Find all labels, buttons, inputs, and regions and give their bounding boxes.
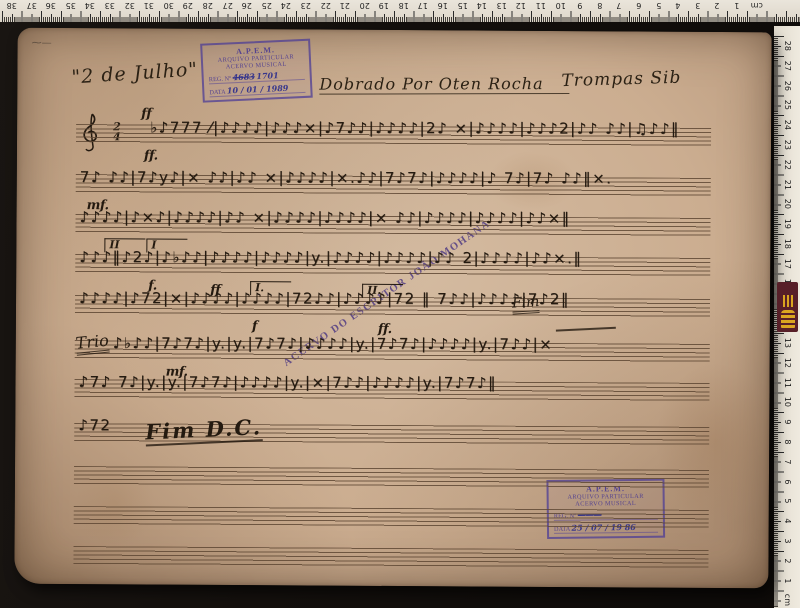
notation-marking: f (252, 319, 257, 334)
music-staff: ♪7♪ 7♪|y.|y.|7♪7♪|♪♪♪♪|y.|×|7♪♪|♪♪♪♪|y.|… (74, 379, 709, 400)
notation-marking: mf. (87, 198, 109, 213)
stamp-line: ACERVO MUSICAL (554, 500, 658, 508)
top-ruler-number: 8 (590, 0, 610, 10)
pencil-mark: ⁓— (32, 38, 52, 49)
handwritten-notes: ♭♪777 ⁄|♪♪♪♪|♪♪♪×|♪7♪♪|♪♪♪♪|2♪ ×|♪♪♪♪|♪♪… (150, 118, 680, 137)
top-ruler-number: 30 (159, 0, 179, 10)
music-staff: ♪♪♪‖♪2♪|♪♭♪♪|♪♪♪♪|♪♪♪♪|y.|♪♪♪♪|♪♪♪♪|♪♪ 2… (75, 254, 710, 275)
notation-marking: Trio (75, 331, 110, 356)
music-staff (73, 546, 708, 567)
top-ruler-number: 22 (316, 0, 336, 10)
stamp-date-row: DATA 10 / 01 / 1989 (209, 82, 305, 97)
top-ruler-number: 38 (2, 0, 22, 10)
sticker-building-icon (781, 310, 795, 328)
manuscript-page: ⁓— "2 de Julho" Dobrado Por Oten Rocha T… (14, 28, 771, 589)
notation-marking: ff. (144, 148, 158, 163)
top-ruler-number: 33 (100, 0, 120, 10)
top-ruler-number: 11 (531, 0, 551, 10)
notation-marking: Fim D.C. (145, 414, 263, 446)
top-ruler-number: 13 (492, 0, 512, 10)
top-ruler-number: 24 (276, 0, 296, 10)
top-ruler-number: 34 (80, 0, 100, 10)
archive-sticker (777, 282, 798, 332)
music-staff: ♪♪♪♪|♪72|×|♪♪♪♪|♪♪♪♪|72♪♪|♪♪♪♪|72 ‖ 7♪♪|… (75, 295, 710, 316)
photo-scene: 38 37 36 35 34 33 32 31 30 29 28 27 26 2… (0, 0, 800, 608)
top-ruler-number: 12 (511, 0, 531, 10)
notation-marking: ff (210, 283, 220, 298)
music-staff: ♭♪777 ⁄|♪♪♪♪|♪♪♪×|♪7♪♪|♪♪♪♪|2♪ ×|♪♪♪♪|♪♪… (76, 124, 711, 145)
top-ruler: 38 37 36 35 34 33 32 31 30 29 28 27 26 2… (0, 0, 800, 22)
top-ruler-number: 3 (688, 0, 708, 10)
notation-marking: ff (141, 106, 151, 121)
top-ruler-number: 29 (178, 0, 198, 10)
reg-struck: 4683 (232, 71, 255, 82)
right-ruler-number: cm (777, 587, 797, 608)
top-ruler-number: 35 (61, 0, 81, 10)
top-ruler-number: 15 (453, 0, 473, 10)
notation-marking: f. (148, 279, 157, 294)
genre-composer-title: Dobrado Por Oten Rocha (319, 74, 569, 95)
top-ruler-number: 7 (609, 0, 629, 10)
top-ruler-number: cm (747, 0, 767, 10)
handwritten-notes: ♪7♪ 7♪|y.|y.|7♪7♪|♪♪♪♪|y.|×|7♪♪|♪♪♪♪|y.|… (79, 373, 497, 392)
top-ruler-number: 9 (570, 0, 590, 10)
date-value: 10 / 01 / 1989 (227, 83, 289, 96)
top-ruler-number: 21 (335, 0, 355, 10)
reg-label: REG. Nº (209, 75, 232, 83)
top-ruler-number: 19 (374, 0, 394, 10)
reg-value: 1701 (256, 70, 279, 81)
top-ruler-number: 1 (727, 0, 747, 10)
top-ruler-number: 14 (472, 0, 492, 10)
notation-marking: II (104, 238, 145, 252)
top-ruler-number: 10 (551, 0, 571, 10)
top-ruler-number: 4 (668, 0, 688, 10)
notation-marking: II. (362, 284, 403, 298)
top-ruler-number: 5 (649, 0, 669, 10)
top-ruler-number: 23 (296, 0, 316, 10)
top-ruler-number: 27 (218, 0, 238, 10)
piece-title: "2 de Julho" (71, 58, 199, 88)
date-label: DATA (554, 526, 570, 533)
handwritten-notes: ♪72 (78, 416, 111, 434)
music-staff (74, 506, 709, 527)
top-ruler-number: 25 (257, 0, 277, 10)
top-ruler-number: 26 (237, 0, 257, 10)
top-ruler-number: 18 (394, 0, 414, 10)
notation-marking: Fim (511, 294, 540, 315)
top-ruler-number: 17 (413, 0, 433, 10)
top-ruler-number: 6 (629, 0, 649, 10)
instrument-title: Trompas Sib (561, 68, 681, 91)
top-ruler-number: 2 (707, 0, 727, 10)
top-ruler-number: 37 (22, 0, 42, 10)
archive-stamp-top: A.P.E.M. ARQUIVO PARTICULAR ACERVO MUSIC… (200, 39, 313, 103)
music-staff: ♪♪♪♪|♪×♪|♪♪♪♪|♪♪ ×|♪♪♪♪|♪♪♪♪|× ♪♪|♪♪♪♪|♪… (75, 214, 710, 235)
final-barline-tail (556, 327, 616, 332)
music-staff: 7♪ ♪♪|7♪y♪|× ♪♪|♪♪ ×|♪♪♪♪|×.♪♪|7♪7♪|♪♪♪♪… (76, 174, 711, 195)
notation-marking: mf. (166, 365, 188, 380)
sticker-bars-icon (783, 295, 793, 307)
top-ruler-number: 32 (120, 0, 140, 10)
notation-marking: I (146, 238, 187, 252)
handwritten-notes: ♪♪♪♪|♪×♪|♪♪♪♪|♪♪ ×|♪♪♪♪|♪♪♪♪|× ♪♪|♪♪♪♪|♪… (80, 208, 571, 227)
top-ruler-number: 28 (198, 0, 218, 10)
notation-marking: ff. (378, 322, 392, 337)
music-staff: ♪♭♪♪|7♪7♪|y.|y.|7♪7♪|♪♪♪♪|y.|7♪7♪|♪♪♪♪|y… (75, 340, 710, 361)
music-staff (74, 466, 709, 487)
top-ruler-number: 16 (433, 0, 453, 10)
handwritten-notes: ♪♭♪♪|7♪7♪|y.|y.|7♪7♪|♪♪♪♪|y.|7♪7♪|♪♪♪♪|y… (113, 334, 553, 353)
date-label: DATA (209, 89, 225, 97)
handwritten-notes: 7♪ ♪♪|7♪y♪|× ♪♪|♪♪ ×|♪♪♪♪|×.♪♪|7♪7♪|♪♪♪♪… (80, 168, 613, 187)
top-ruler-number: 36 (41, 0, 61, 10)
notation-marking: I. (250, 281, 291, 295)
top-ruler-number: 31 (139, 0, 159, 10)
top-ruler-number: 20 (355, 0, 375, 10)
